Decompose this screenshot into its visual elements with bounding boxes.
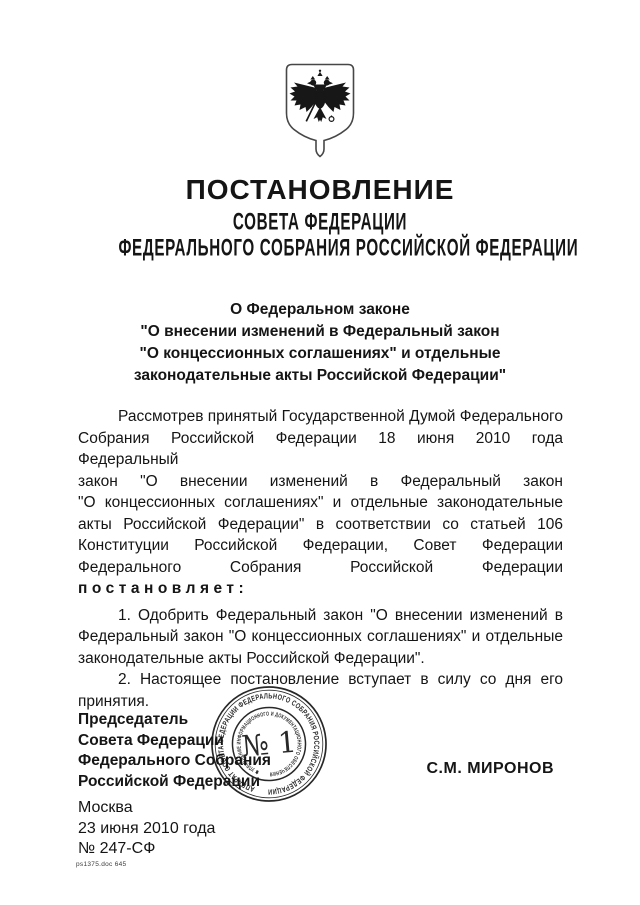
signatory-name: С.М. МИРОНОВ (426, 760, 554, 778)
paragraph-line: акты Российской Федерации" в соответстви… (78, 514, 563, 536)
item-1-line: законодательные акты Российской Федераци… (78, 648, 563, 670)
paragraph-line: Рассмотрев принятый Государственной Думо… (78, 406, 563, 428)
coat-of-arms-icon (283, 62, 357, 164)
doc-number: № 247-СФ (78, 839, 215, 860)
date: 23 июня 2010 года (78, 819, 215, 840)
subject-line: "О концессионных соглашениях" и отдельны… (0, 343, 640, 365)
paragraph-line: "О концессионных соглашениях" и отдельны… (78, 492, 563, 514)
signatory-position-line: Председатель (78, 710, 271, 731)
city: Москва (78, 798, 215, 819)
place-date-block: Москва 23 июня 2010 года № 247-СФ (78, 798, 215, 860)
document-type-title: ПОСТАНОВЛЕНИЕ (0, 174, 640, 206)
paragraph-line: Федерального Собрания Российской Федерац… (78, 557, 563, 579)
org-title-line-1: СОВЕТА ФЕДЕРАЦИИ (0, 208, 640, 235)
paragraph-line: Конституции Российской Федерации, Совет … (78, 535, 563, 557)
subject-line: законодательные акты Российской Федераци… (0, 365, 640, 387)
resolve-word: постановляет: (78, 578, 563, 600)
org-title-line-2: ФЕДЕРАЛЬНОГО СОБРАНИЯ РОССИЙСКОЙ ФЕДЕРАЦ… (0, 234, 640, 261)
org-title-line-2-text: ФЕДЕРАЛЬНОГО СОБРАНИЯ РОССИЙСКОЙ ФЕДЕРАЦ… (118, 233, 578, 261)
subject-heading: О Федеральном законе "О внесении изменен… (0, 299, 640, 387)
document-body: Рассмотрев принятый Государственной Думо… (78, 406, 563, 712)
signatory-position-line: Российской Федерации (78, 772, 271, 793)
paragraph-line: закон "О внесении изменений в Федеральны… (78, 471, 563, 493)
org-title-line-1-text: СОВЕТА ФЕДЕРАЦИИ (233, 207, 407, 235)
paragraph-line: Собрания Российской Федерации 18 июня 20… (78, 428, 563, 471)
item-2-line: принятия. (78, 691, 563, 713)
item-2-line: 2. Настоящее постановление вступает в си… (78, 669, 563, 691)
signatory-position: Председатель Совета Федерации Федерально… (78, 710, 271, 792)
file-note: ps1375.doc 645 (76, 861, 126, 868)
signatory-position-line: Федерального Собрания (78, 751, 271, 772)
subject-line: "О внесении изменений в Федеральный зако… (0, 321, 640, 343)
item-1-line: Федеральный закон "О концессионных согла… (78, 626, 563, 648)
item-1-line: 1. Одобрить Федеральный закон "О внесени… (78, 605, 563, 627)
subject-line: О Федеральном законе (0, 299, 640, 321)
signatory-position-line: Совета Федерации (78, 731, 271, 752)
document-page: ПОСТАНОВЛЕНИЕ СОВЕТА ФЕДЕРАЦИИ ФЕДЕРАЛЬН… (0, 0, 640, 905)
